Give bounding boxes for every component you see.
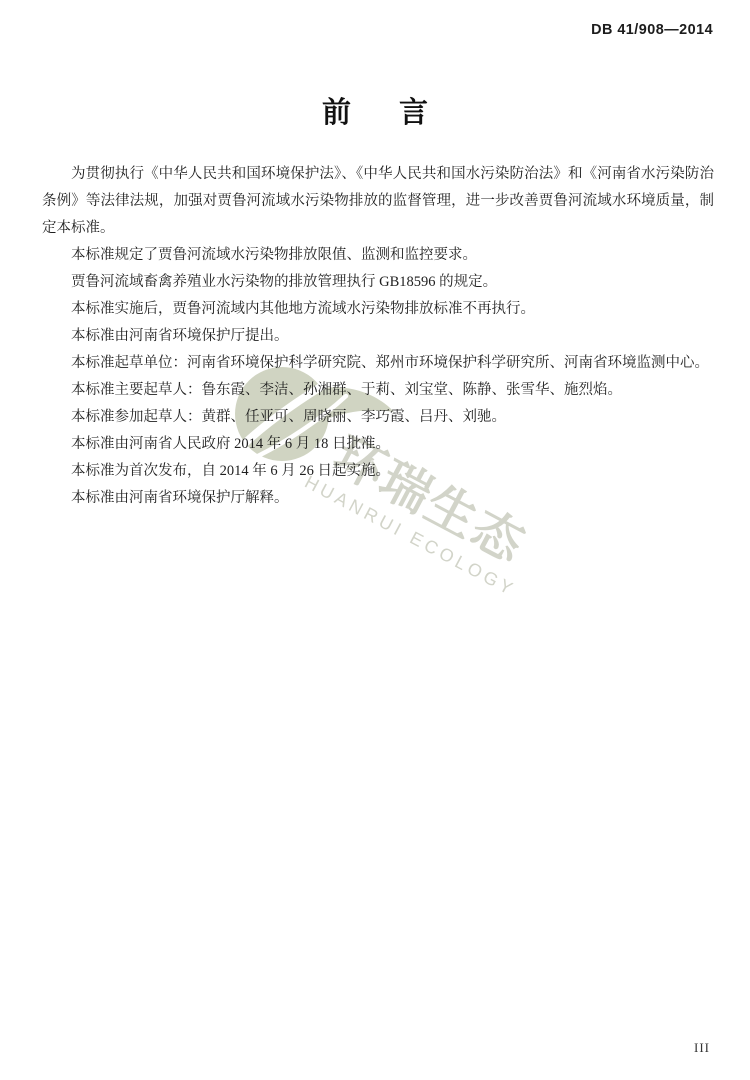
preface-paragraph: 本标准由河南省环境保护厅解释。 [42, 485, 714, 512]
preface-paragraph: 本标准主要起草人：鲁东霞、李洁、孙湘群、于莉、刘宝堂、陈静、张雪华、施烈焰。 [42, 377, 714, 404]
preface-paragraph: 贾鲁河流域畜禽养殖业水污染物的排放管理执行 GB18596 的规定。 [42, 269, 714, 296]
preface-paragraph: 本标准为首次发布，自 2014 年 6 月 26 日起实施。 [42, 458, 714, 485]
page-number: III [694, 1040, 710, 1056]
document-page: 环瑞生态 HUANRUI ECOLOGY DB 41/908—2014 前 言 … [0, 0, 750, 1080]
preface-paragraph: 本标准参加起草人：黄群、任亚可、周晓丽、李巧霞、吕丹、刘驰。 [42, 404, 714, 431]
preface-paragraph: 本标准由河南省环境保护厅提出。 [42, 323, 714, 350]
preface-paragraph: 本标准由河南省人民政府 2014 年 6 月 18 日批准。 [42, 431, 714, 458]
preface-paragraph: 为贯彻执行《中华人民共和国环境保护法》、《中华人民共和国水污染防治法》和《河南省… [42, 161, 714, 242]
page-title: 前 言 [0, 90, 750, 131]
preface-paragraph: 本标准起草单位：河南省环境保护科学研究院、郑州市环境保护科学研究所、河南省环境监… [42, 350, 714, 377]
preface-paragraph: 本标准规定了贾鲁河流域水污染物排放限值、监测和监控要求。 [42, 242, 714, 269]
preface-paragraphs: 为贯彻执行《中华人民共和国环境保护法》、《中华人民共和国水污染防治法》和《河南省… [42, 161, 714, 512]
preface-paragraph: 本标准实施后，贾鲁河流域内其他地方流域水污染物排放标准不再执行。 [42, 296, 714, 323]
standard-code-header: DB 41/908—2014 [591, 21, 713, 38]
